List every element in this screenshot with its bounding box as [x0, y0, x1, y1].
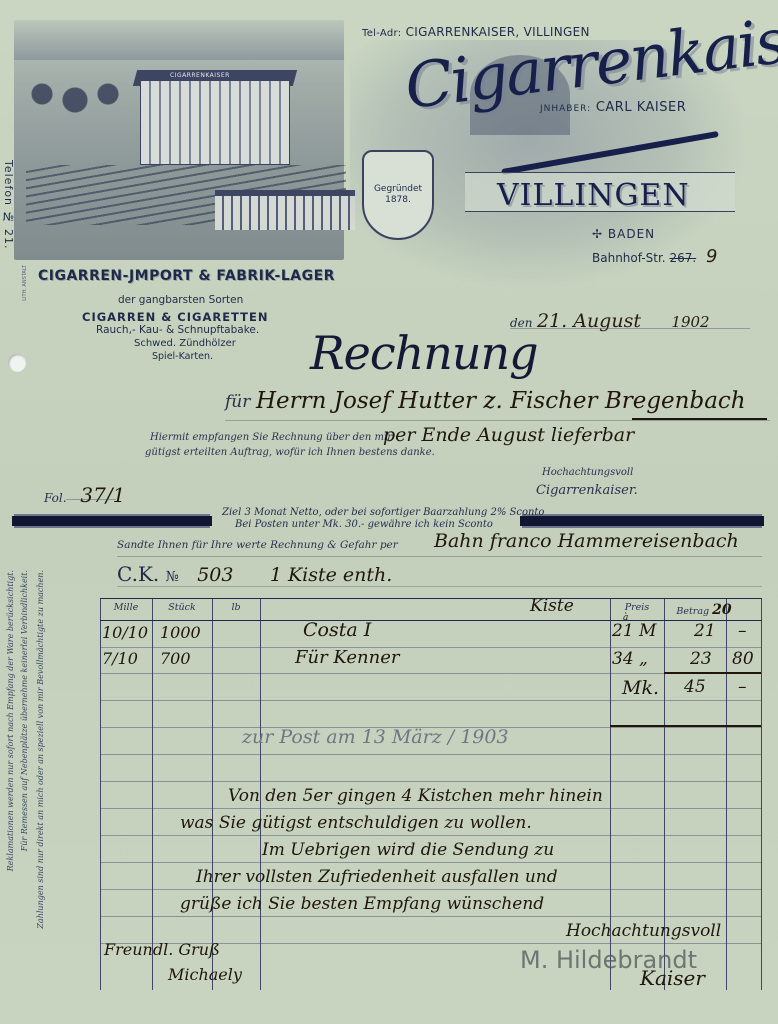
products-line-spielkarten: Spiel-Karten.	[152, 351, 213, 362]
letter-line-3: Im Uebrigen wird die Sendung zu	[262, 840, 554, 860]
illustration-trees	[20, 70, 130, 130]
letter-line-2: was Sie gütigst entschuldigen zu wollen.	[180, 813, 532, 833]
payment-terms-line1: Ziel 3 Monat Netto, oder bei sofortiger …	[222, 507, 544, 518]
terms-bar-left	[12, 516, 212, 526]
shipping-method: Bahn franco Hammereisenbach	[434, 530, 739, 552]
founded-shield: Gegründet 1878.	[362, 150, 434, 240]
row-line	[100, 862, 762, 863]
watermark: M. Hildebrandt	[520, 946, 697, 974]
telefon-number: Telefon № 21.	[2, 160, 15, 250]
founded-year: 1878.	[385, 195, 411, 206]
row-line	[100, 781, 762, 782]
row1-stueck: 1000	[160, 623, 201, 642]
city-name: VILLINGEN	[497, 178, 690, 213]
left-signoff-name: Michaely	[168, 965, 242, 984]
ck-no-label: №	[166, 569, 179, 585]
subtotal-rule	[664, 672, 761, 674]
header-mille: Mille	[100, 602, 152, 613]
header-betrag: Betrag 20	[664, 602, 744, 618]
recipient-name: Herrn Josef Hutter z. Fischer Bregenbach	[256, 388, 746, 414]
row1-preis: 21 M	[612, 621, 656, 641]
street-address: Bahnhof-Str. 267. 9	[592, 246, 717, 267]
shipping-label: Sandte Ihnen für Ihre werte Rechnung & G…	[117, 539, 398, 551]
col-line	[212, 599, 213, 990]
folio: Fol. 37/1	[44, 483, 125, 507]
letter-line-6: Hochachtungsvoll	[566, 921, 721, 941]
payment-terms-line2: Bei Posten unter Mk. 30.- gewähre ich ke…	[235, 519, 493, 530]
row2-betrag-pf: 80	[732, 649, 754, 669]
row2-description: Für Kenner	[295, 647, 399, 668]
punch-hole-top	[8, 354, 26, 372]
row-line	[100, 808, 762, 809]
row-line	[100, 673, 762, 674]
recipient-underline	[632, 418, 767, 420]
owner-name: CARL KAISER	[596, 100, 686, 115]
row-line	[100, 916, 762, 917]
letter-line-4: Ihrer vollsten Zufriedenheit ausfallen u…	[196, 867, 558, 887]
ck-contents: 1 Kiste enth.	[270, 564, 392, 586]
row2-betrag-mk: 23	[690, 649, 712, 669]
col-line	[100, 599, 101, 990]
shipping-rule	[117, 556, 762, 557]
products-headline: CIGARREN-JMPORT & FABRIK-LAGER	[38, 268, 335, 284]
header-betrag-extra: 20	[712, 602, 731, 618]
margin-note-zahlungen: Zahlungen sind nur direkt an mich oder a…	[36, 570, 45, 929]
products-line-sorten: der gangbarsten Sorten	[118, 294, 243, 306]
row1-description: Costa I	[303, 619, 371, 641]
letter-line-1: Von den 5er gingen 4 Kistchen mehr hinei…	[228, 786, 603, 806]
tel-adr-label: Tel-Adr:	[362, 28, 401, 39]
folio-label: Fol.	[44, 491, 67, 505]
products-line-cigarren: CIGARREN & CIGARETTEN	[82, 310, 269, 324]
region-line: ✢ BADEN	[592, 227, 655, 241]
header-betrag-label: Betrag	[676, 606, 709, 617]
document-title: Rechnung	[310, 326, 538, 380]
crate-number-line: C.K. № 503 1 Kiste enth.	[117, 562, 392, 586]
street-number-struck: 267.	[669, 251, 696, 265]
region-name: BADEN	[608, 227, 655, 241]
terms-bar-right	[520, 516, 764, 526]
row-line	[100, 700, 762, 701]
margin-note-remessen: Für Remessen auf Nebenplätze übernehme k…	[20, 570, 29, 851]
ck-label: C.K.	[117, 562, 159, 586]
ck-number: 503	[197, 564, 233, 586]
header-preis: Preis	[610, 602, 664, 613]
letter-line-5: grüße ich Sie besten Empfang wünschend	[180, 894, 544, 914]
cross-star-icon: ✢	[592, 227, 603, 241]
row1-mille: 10/10	[102, 623, 148, 642]
closing-firm: Cigarrenkaiser.	[536, 483, 638, 498]
row1-betrag-mk: 21	[694, 621, 716, 641]
intro-handwritten: per Ende August lieferbar	[383, 424, 634, 446]
total-mk: 45	[684, 677, 706, 697]
street-label: Bahnhof-Str.	[592, 251, 666, 265]
row2-preis: 34 „	[612, 649, 648, 669]
printer-credit: LITH. ANSTALT	[22, 265, 28, 301]
owner-label: JNHABER:	[540, 104, 591, 114]
closing-salutation: Hochachtungsvoll	[542, 467, 633, 478]
crate-rule	[117, 586, 762, 587]
owner-line: JNHABER: CARL KAISER	[540, 100, 686, 115]
date-rule	[510, 328, 750, 329]
row-line	[100, 889, 762, 890]
folio-value: 37/1	[80, 483, 125, 507]
intro-text-line1: Hiermit empfangen Sie Rechnung über den …	[150, 432, 392, 443]
founded-label: Gegründet	[374, 184, 422, 195]
row-line	[100, 647, 762, 648]
products-line-tabake: Rauch,- Kau- & Schnupftabake.	[96, 324, 259, 336]
header-description-handwritten: Kiste	[530, 596, 574, 616]
recipient-label: für	[225, 392, 250, 412]
row2-mille: 7/10	[102, 649, 138, 668]
pencil-note-post: zur Post am 13 März / 1903	[242, 726, 509, 748]
row-line	[100, 754, 762, 755]
products-line-zuendhoelzer: Schwed. Zündhölzer	[134, 338, 236, 349]
illustration-factory-sign: CIGARRENKAISER	[170, 72, 230, 79]
margin-note-reklamationen: Reklamationen werden nur sofort nach Emp…	[6, 570, 15, 871]
header-lb: lb	[212, 602, 260, 613]
illustration-town-skyline	[14, 20, 344, 60]
row-line	[100, 835, 762, 836]
header-divider	[100, 620, 762, 621]
left-signoff-greeting: Freundl. Gruß	[104, 940, 220, 959]
illustration-factory-building	[140, 80, 290, 165]
illustration-station	[215, 190, 355, 230]
intro-text-line2: gütigst erteilten Auftrag, wofür ich Ihn…	[145, 447, 435, 458]
header-stueck: Stück	[152, 602, 212, 613]
col-line	[726, 599, 727, 990]
folio-rule	[66, 499, 116, 500]
total-pf: –	[738, 677, 747, 697]
recipient-rule	[225, 420, 770, 421]
total-rule	[610, 725, 761, 727]
row1-betrag-pf: –	[738, 621, 747, 641]
street-number-handwritten: 9	[706, 246, 717, 267]
row2-stueck: 700	[160, 649, 191, 668]
total-label: Mk.	[622, 677, 659, 699]
col-line	[761, 599, 762, 990]
col-line	[152, 599, 153, 990]
